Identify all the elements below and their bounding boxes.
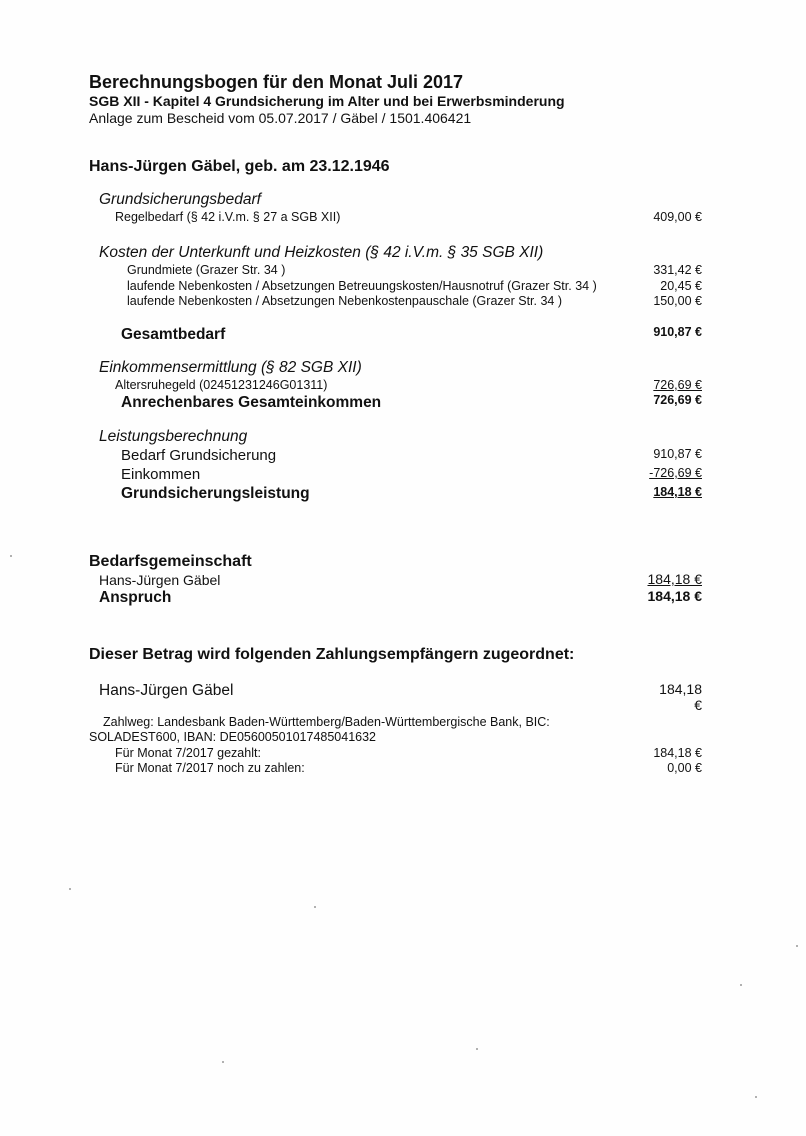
paid-label: Für Monat 7/2017 gezahlt: [115, 746, 261, 760]
item-regelbedarf-amount: 409,00 € [653, 210, 702, 224]
gesamteinkommen-amount: 726,69 € [653, 393, 702, 407]
item-altersruhegeld-label: Altersruhegeld (02451231246G01311) [115, 378, 327, 392]
scan-speck [69, 888, 71, 890]
item-einkommen-amount: -726,69 € [649, 466, 702, 480]
document-title: Berechnungsbogen für den Monat Juli 2017 [89, 72, 463, 93]
recipient-currency: € [694, 697, 702, 713]
item-betreuung-label: laufende Nebenkosten / Absetzungen Betre… [127, 279, 597, 293]
item-bedarf-amount: 910,87 € [653, 447, 702, 461]
grundsicherungsleistung-amount: 184,18 € [653, 485, 702, 499]
scan-speck [314, 906, 316, 908]
item-einkommen-label: Einkommen [121, 466, 200, 483]
grundsicherungsleistung-label: Grundsicherungsleistung [121, 485, 310, 503]
section-unterkunft: Kosten der Unterkunft und Heizkosten (§ … [99, 244, 543, 262]
scan-speck [222, 1061, 224, 1063]
anspruch-label: Anspruch [99, 589, 171, 607]
section-einkommen: Einkommensermittlung (§ 82 SGB XII) [99, 359, 362, 377]
item-bedarf-label: Bedarf Grundsicherung [121, 447, 276, 464]
bg-member-label: Hans-Jürgen Gäbel [99, 572, 220, 588]
section-leistung: Leistungsberechnung [99, 428, 247, 446]
annex-line: Anlage zum Bescheid vom 05.07.2017 / Gäb… [89, 110, 471, 126]
item-grundmiete-amount: 331,42 € [653, 263, 702, 277]
recipient-amount: 184,18 [659, 681, 702, 697]
item-betreuung-amount: 20,45 € [660, 279, 702, 293]
item-altersruhegeld-amount: 726,69 € [653, 378, 702, 392]
zahlweg-line-2: SOLADEST600, IBAN: DE0560050101748504163… [89, 730, 376, 744]
document-subtitle: SGB XII - Kapitel 4 Grundsicherung im Al… [89, 93, 565, 109]
paid-amount: 184,18 € [653, 746, 702, 760]
item-nebenkosten-amount: 150,00 € [653, 294, 702, 308]
zahlung-heading: Dieser Betrag wird folgenden Zahlungsemp… [89, 646, 574, 664]
bg-member-amount: 184,18 € [648, 571, 703, 587]
outstanding-label: Für Monat 7/2017 noch zu zahlen: [115, 761, 305, 775]
scan-speck [10, 555, 12, 557]
gesamteinkommen-label: Anrechenbares Gesamteinkommen [121, 394, 381, 412]
scan-speck [796, 945, 798, 947]
item-regelbedarf-label: Regelbedarf (§ 42 i.V.m. § 27 a SGB XII) [115, 210, 340, 224]
item-nebenkosten-label: laufende Nebenkosten / Absetzungen Neben… [127, 294, 562, 308]
section-bedarfsgemeinschaft: Bedarfsgemeinschaft [89, 553, 252, 571]
outstanding-amount: 0,00 € [667, 761, 702, 775]
zahlweg-line-1: Zahlweg: Landesbank Baden-Württemberg/Ba… [103, 715, 550, 729]
scan-speck [476, 1048, 478, 1050]
gesamtbedarf-amount: 910,87 € [653, 325, 702, 339]
person-heading: Hans-Jürgen Gäbel, geb. am 23.12.1946 [89, 158, 390, 176]
scan-speck [755, 1096, 757, 1098]
scan-speck [740, 984, 742, 986]
section-grundsicherungsbedarf: Grundsicherungsbedarf [99, 191, 261, 209]
item-grundmiete-label: Grundmiete (Grazer Str. 34 ) [127, 263, 285, 277]
gesamtbedarf-label: Gesamtbedarf [121, 326, 225, 344]
recipient-name: Hans-Jürgen Gäbel [99, 682, 233, 700]
anspruch-amount: 184,18 € [648, 588, 703, 604]
